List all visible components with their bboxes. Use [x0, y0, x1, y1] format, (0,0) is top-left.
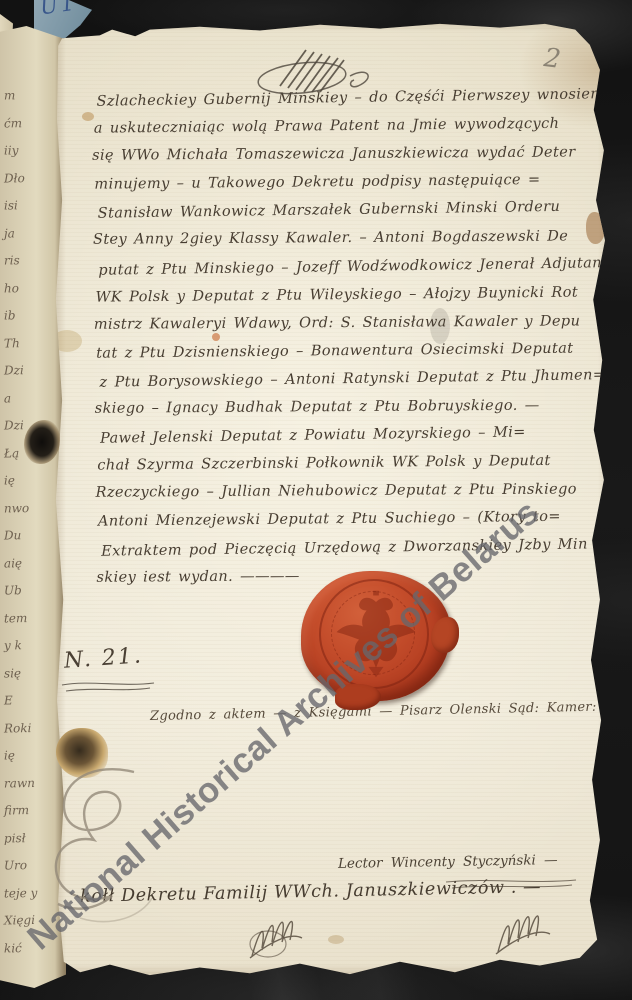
paraph-flourish-icon — [246, 914, 306, 960]
underpage-text-fragment: m — [0, 81, 66, 110]
underpage-text-fragment: Roki — [0, 714, 66, 743]
underpage-text-fragment: ris — [0, 246, 66, 275]
underpage-text-fragment: ćm — [0, 109, 66, 138]
foxing-stain — [82, 112, 94, 121]
underpage-text-fragment: ię — [0, 466, 66, 495]
paraph-flourish-icon — [490, 908, 554, 956]
archive-photo: U1 mćmiiyDłoisijarishoibThDziaDziŁąięnwo… — [0, 0, 632, 1000]
case-number: N. 21. — [63, 643, 143, 673]
underpage-text-fragment: Du — [0, 521, 66, 550]
underpage-text-fragment: isi — [0, 191, 66, 220]
underpage-text-fragment: Ub — [0, 576, 66, 605]
underpage-text-fragment: iiy — [0, 136, 66, 165]
manuscript-line: się WWo Michała Tomaszewicza Januszkiewi… — [92, 138, 598, 170]
underpage-text-fragment: ib — [0, 301, 66, 330]
underline-swash-icon — [60, 680, 156, 694]
registry-note: Zgodno z aktem — z Księgami — Pisarz Ole… — [150, 699, 628, 724]
opening-flourish-icon — [250, 42, 398, 102]
underpage-text-fragment: a — [0, 384, 66, 413]
underpage-text-fragment: tem — [0, 604, 66, 633]
page-number-pencil: 2 — [542, 43, 562, 75]
underpage-text-fragment: Dło — [0, 164, 66, 193]
underpage-text-fragment: aię — [0, 549, 66, 578]
underpage-text-fragment: Th — [0, 329, 66, 358]
signature-line-reader: Lector Wincenty Styczyński — — [338, 852, 558, 872]
manuscript-line: mistrz Kawaleryi Wdawy, Ord: S. Stanisła… — [94, 307, 600, 339]
underpage-text-fragment: się — [0, 659, 66, 688]
underpage-text-fragment: Dzi — [0, 356, 66, 385]
underpage-text-fragment: y k — [0, 631, 66, 660]
underpage-text-fragment: E — [0, 686, 66, 715]
foxing-stain — [328, 935, 344, 944]
underpage-text-fragment: ja — [0, 219, 66, 248]
tab-ink-mark: U1 — [39, 0, 79, 19]
